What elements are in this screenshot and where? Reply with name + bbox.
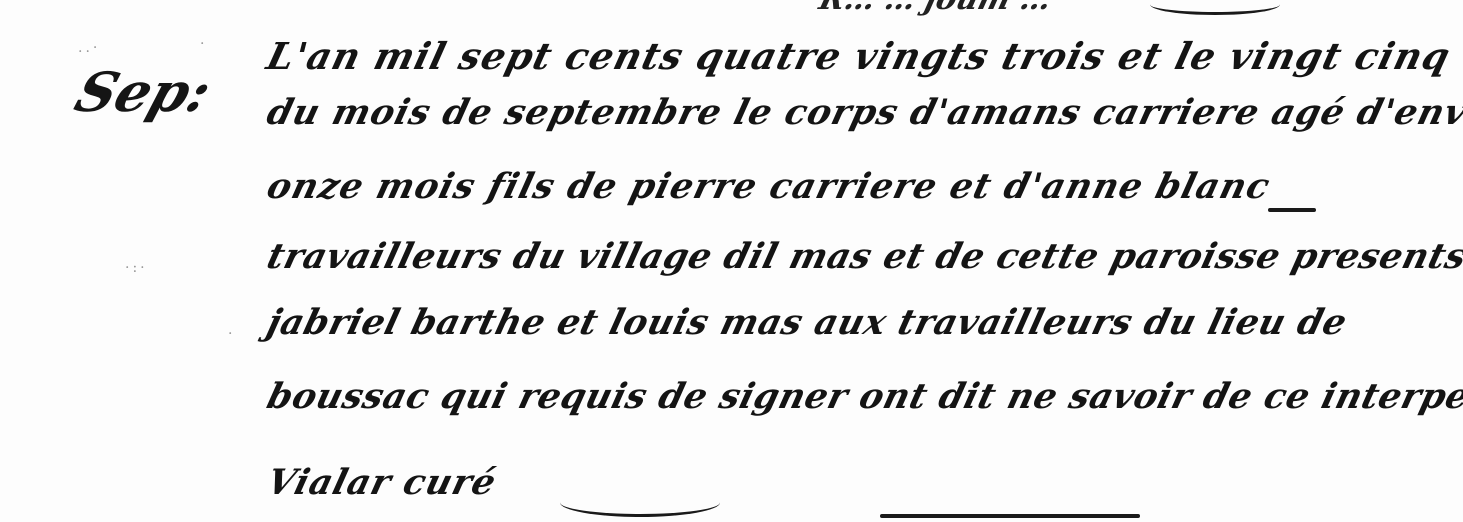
entry-line-4: travailleurs du village dil mas et de ce… [263,236,1463,277]
margin-speckle: ·:· [125,260,148,276]
signature-line: Vialar curé [263,462,501,503]
line-filler-dash [1268,208,1316,212]
margin-speckle: ..· [78,40,100,56]
entry-line-3: onze mois fils de pierre carriere et d'a… [263,166,1275,207]
signature-underline [880,514,1140,518]
signature-flourish [560,488,720,517]
cut-off-top-line: R… … joum … [816,0,1055,17]
entry-line-5: jabriel barthe et louis mas aux travaill… [263,302,1351,343]
margin-speckle: · [228,326,235,342]
entry-line-2: du mois de septembre le corps d'amans ca… [263,92,1463,133]
margin-speckle: · [200,36,207,52]
entry-line-6: boussac qui requis de signer ont dit ne … [263,376,1463,417]
margin-annotation: Sep: [68,60,220,124]
top-flourish [1150,0,1280,15]
register-page: ..· · ·:· · R… … joum … Sep: L'an mil se… [0,0,1463,522]
entry-line-1: L'an mil sept cents quatre vingts trois … [263,34,1456,78]
